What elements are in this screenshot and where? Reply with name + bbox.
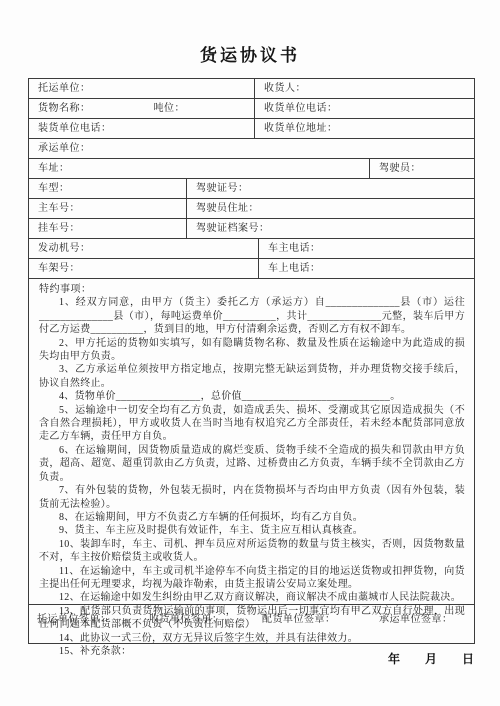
field-label-trailer-no: 挂车号： xyxy=(29,219,186,238)
clause-6: 6、在运输期间，因货物质量造成的腐烂变质、货物手续不全造成的损失和罚款由甲方负责… xyxy=(39,444,465,484)
special-terms-heading: 特约事项： xyxy=(39,283,465,296)
field-label-loading-unit-phone: 装货单位电话： xyxy=(29,119,254,138)
row-carrier: 承运单位： xyxy=(29,139,474,159)
clause-11: 11、在运输途中，车主或司机半途停车不向货主指定的目的地运送货物或扣押货物，向货… xyxy=(39,565,465,592)
field-label-consignee-address: 收货单位地址： xyxy=(254,119,474,138)
field-label-owner-phone: 车主电话： xyxy=(258,239,474,258)
row-goods-phone: 货物名称： 吨位： 收货单位电话： xyxy=(29,99,474,119)
document-page: 货运协议书 托运单位： 收货人： 货物名称： 吨位： 收货单位电话： 装货单位电… xyxy=(0,0,500,706)
clause-1: 1、经双方同意，由甲方（货主）委托乙方（承运方）自______________县… xyxy=(39,296,465,336)
row-model-license: 车型： 驾驶证号： xyxy=(29,179,474,199)
signature-label-dispatcher: 配货单位签章： xyxy=(254,605,371,643)
clause-10: 10、装卸车时，车主、司机、押车员应对所运货物的数量与货主核实，否则，因货物数量… xyxy=(39,538,465,565)
field-label-driver: 驾驶员： xyxy=(369,159,474,178)
field-label-engine-no: 发动机号： xyxy=(29,239,258,258)
clause-8: 8、在运输期间，甲方不负责乙方车辆的任何损坏，均有乙方自负。 xyxy=(39,511,465,524)
special-terms-section: 特约事项： 1、经双方同意，由甲方（货主）委托乙方（承运方）自_________… xyxy=(29,279,474,604)
row-loading-address: 装货单位电话： 收货单位地址： xyxy=(29,119,474,139)
row-trailer-file: 挂车号： 驾驶证档案号： xyxy=(29,219,474,239)
date-year-label: 年 xyxy=(388,650,400,667)
field-label-tonnage: 吨位： xyxy=(154,103,186,115)
field-label-shipper: 托运单位： xyxy=(29,79,254,98)
field-label-chassis-no: 车架号： xyxy=(29,259,258,278)
clause-2: 2、甲方托运的货物如实填写，如有隐瞒货物名称、数量及性质在运输途中为此造成的损失… xyxy=(39,337,465,364)
document-title: 货运协议书 xyxy=(0,41,500,66)
field-label-consignee: 收货人： xyxy=(254,79,474,98)
field-label-consignee-phone: 收货单位电话： xyxy=(254,99,474,118)
field-label-driver-license-no: 驾驶证号： xyxy=(186,179,474,198)
field-label-vehicle-address: 车址： xyxy=(29,159,369,178)
clause-3: 3、乙方承运单位须按甲方指定地点，按期完整无缺运到货物，并办理货物交接手续后，协… xyxy=(39,363,465,390)
row-special-terms: 特约事项： 1、经双方同意，由甲方（货主）委托乙方（承运方）自_________… xyxy=(29,279,474,605)
row-signatures: 托运单位签单： 收货单位签单： 配货单位签章： 承运单位签章： xyxy=(29,605,474,643)
row-vehicle-driver: 车址： 驾驶员： xyxy=(29,159,474,179)
field-label-onboard-phone: 车上电话： xyxy=(258,259,474,278)
signature-label-shipper: 托运单位签单： xyxy=(29,605,141,643)
clause-7: 7、有外包装的货物，外包装无损时，内在货物损坏与否均由甲方负责（因有外包装，装货… xyxy=(39,484,465,511)
clause-9: 9、货主、车主应及时提供有效证件，车主、货主应互相认真核查。 xyxy=(39,524,465,537)
row-truckno-driveraddr: 主车号： 驾驶员住址： xyxy=(29,199,474,219)
date-day-label: 日 xyxy=(462,650,474,667)
row-engine-ownerphone: 发动机号： 车主电话： xyxy=(29,239,474,259)
clause-5: 5、运输途中一切安全均有乙方负责，如造成丢失、损坏、受潮或其它原因造成损失（不含… xyxy=(39,404,465,444)
clause-4: 4、货物单价________________，总价值______________… xyxy=(39,390,465,403)
freight-agreement-table: 托运单位： 收货人： 货物名称： 吨位： 收货单位电话： 装货单位电话： 收货单… xyxy=(28,78,475,644)
signature-label-carrier: 承运单位签章： xyxy=(371,605,474,643)
field-label-driver-home-address: 驾驶员住址： xyxy=(186,199,474,218)
date-month-label: 月 xyxy=(425,650,437,667)
field-label-license-file-no: 驾驶证档案号： xyxy=(186,219,474,238)
field-goods-tonnage: 货物名称： 吨位： xyxy=(29,99,254,118)
signature-label-consignee: 收货单位签单： xyxy=(141,605,254,643)
date-line: 年 月 日 xyxy=(388,650,474,667)
field-label-carrier: 承运单位： xyxy=(29,139,474,158)
clause-12: 12、在运输途中如发生纠纷由甲乙双方商议解决，商议解决不成由藁城市人民法院裁决。 xyxy=(39,591,465,604)
field-label-vehicle-model: 车型： xyxy=(29,179,186,198)
row-shipper-consignee: 托运单位： 收货人： xyxy=(29,79,474,99)
row-chassis-onboardphone: 车架号： 车上电话： xyxy=(29,259,474,279)
field-label-goods-name: 货物名称： xyxy=(38,103,91,114)
field-label-main-truck-no: 主车号： xyxy=(29,199,186,218)
